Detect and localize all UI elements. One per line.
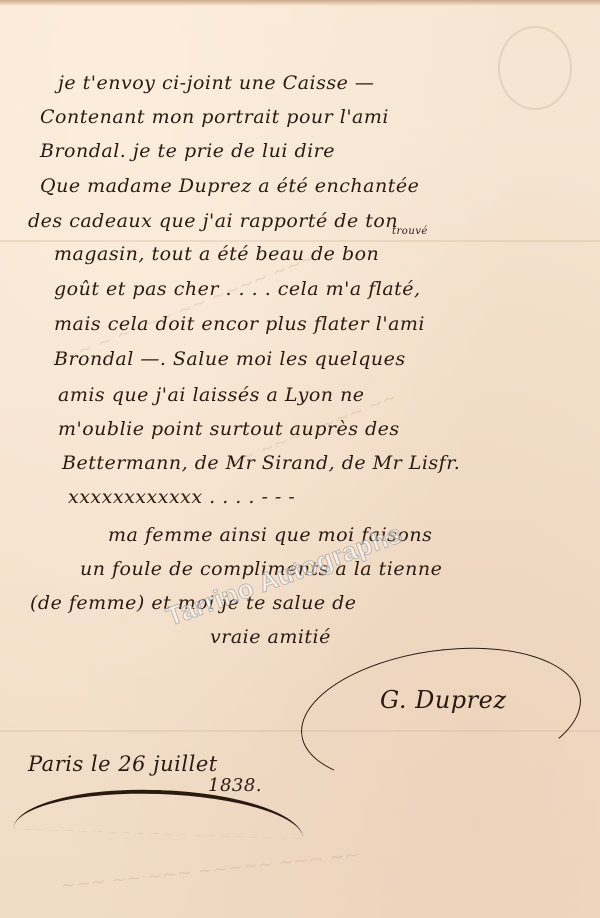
letter-line: Bettermann, de Mr Sirand, de Mr Lisfr. (62, 452, 460, 474)
paper-edge (0, 0, 600, 6)
letter-line: Brondal —. Salue moi les quelques (54, 348, 406, 370)
year: 1838. (208, 775, 262, 796)
letter-line: Contenant mon portrait pour l'ami (40, 106, 389, 128)
letter-line: vraie amitié (210, 626, 331, 648)
place-date: Paris le 26 juillet (28, 752, 218, 776)
embossed-stamp (498, 26, 572, 110)
letter-line: m'oublie point surtout auprès des (58, 418, 400, 440)
letter-line: Que madame Duprez a été enchantée (40, 175, 419, 197)
letter-line: des cadeaux que j'ai rapporté de ton (28, 210, 398, 232)
signature-flourish (292, 631, 590, 801)
letter-line: goût et pas cher . . . . cela m'a flaté, (54, 278, 421, 300)
letter-line: amis que j'ai laissés a Lyon ne (58, 384, 365, 406)
letter-page: ~~~ ~ ~~~~ ~~ ~~~~ ~~~ ~~ ~~~~ ~~~ ~~ ~~… (0, 0, 600, 918)
letter-line: je t'envoy ci-joint une Caisse — (58, 72, 374, 94)
bleed-through-text: ~~~ ~~ ~~~ ~~~~~ ~~~ ~~ (60, 844, 361, 896)
signature: G. Duprez (380, 686, 506, 714)
letter-line: xxxxxxxxxxxx . . . . - - - (68, 486, 295, 508)
letter-line: mais cela doit encor plus flater l'ami (54, 313, 425, 335)
paper-fold (0, 240, 600, 242)
letter-line: magasin, tout a été beau de bon (54, 243, 379, 265)
interlinear-insert: trouvé (392, 226, 428, 237)
letter-line: Brondal. je te prie de lui dire (40, 140, 335, 162)
